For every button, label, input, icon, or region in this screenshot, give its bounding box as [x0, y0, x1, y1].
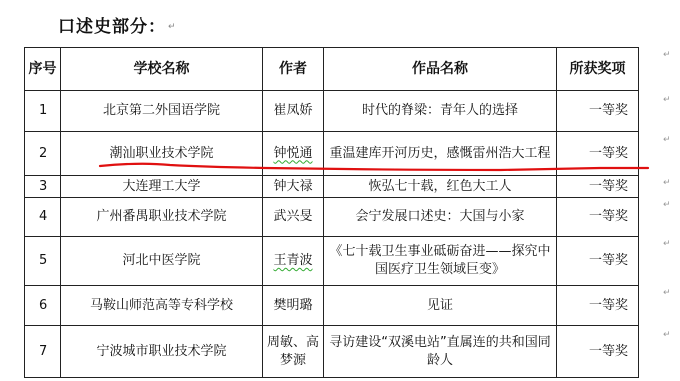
row-end-mark-icon: ↵: [663, 178, 671, 188]
row-end-mark-icon: ↵: [663, 135, 671, 145]
cell-award: 一等奖: [557, 198, 639, 237]
cell-no: 2: [25, 132, 61, 176]
cell-school: 大连理工大学: [61, 176, 263, 198]
cell-award: 一等奖: [557, 132, 639, 176]
cell-no: 6: [25, 286, 61, 326]
cell-author: 崔凤娇: [263, 91, 324, 132]
section-title-text: 口述史部分：: [58, 17, 166, 37]
table-row: 3 大连理工大学 钟大禄 恢弘七十载，红色大工人 一等奖: [25, 176, 639, 198]
cell-work: 恢弘七十载，红色大工人: [324, 176, 557, 198]
section-title: 口述史部分：↵: [58, 12, 177, 37]
table-row: 7 宁波城市职业技术学院 周敏、高梦源 寻访建设“双溪电站”直属连的共和国同龄人…: [25, 326, 639, 378]
cell-work: 重温建库开河历史，感慨雷州浩大工程: [324, 132, 557, 176]
cell-school: 河北中医学院: [61, 237, 263, 286]
header-no: 序号: [25, 48, 61, 91]
row-end-mark-icon: ↵: [663, 200, 671, 210]
row-end-mark-icon: ↵: [663, 239, 671, 249]
cell-no: 5: [25, 237, 61, 286]
table-row: 6 马鞍山师范高等专科学校 樊明璐 见证 一等奖: [25, 286, 639, 326]
cell-author: 武兴旻: [263, 198, 324, 237]
cell-award: 一等奖: [557, 286, 639, 326]
cell-author: 王青波: [263, 237, 324, 286]
cell-award: 一等奖: [557, 176, 639, 198]
header-award: 所获奖项: [557, 48, 639, 91]
spellcheck-underline: 钟悦通: [273, 146, 312, 161]
cell-award: 一等奖: [557, 91, 639, 132]
cell-work: 寻访建设“双溪电站”直属连的共和国同龄人: [324, 326, 557, 378]
cell-author: 周敏、高梦源: [263, 326, 324, 378]
table-row: 4 广州番禺职业技术学院 武兴旻 会宁发展口述史：大国与小家 一等奖: [25, 198, 639, 237]
cell-work: 《七十载卫生事业砥砺奋进——探究中国医疗卫生领域巨变》: [324, 237, 557, 286]
header-school-text: 学校名称: [134, 61, 190, 77]
table-row: 1 北京第二外国语学院 崔凤娇 时代的脊梁：青年人的选择 一等奖: [25, 91, 639, 132]
table-header-row: 序号 学校名称 作者 作品名称 所获奖项: [25, 48, 639, 91]
header-work: 作品名称: [324, 48, 557, 91]
header-author: 作者: [263, 48, 324, 91]
row-end-mark-icon: ↵: [663, 288, 671, 298]
cell-school: 北京第二外国语学院: [61, 91, 263, 132]
cell-school: 广州番禺职业技术学院: [61, 198, 263, 237]
cell-no: 1: [25, 91, 61, 132]
cell-award: 一等奖: [557, 326, 639, 378]
spellcheck-underline: 王青波: [273, 253, 312, 268]
row-end-mark-icon: ↵: [663, 95, 671, 105]
header-award-text: 所获奖项: [570, 61, 626, 77]
table-row: 5 河北中医学院 王青波 《七十载卫生事业砥砺奋进——探究中国医疗卫生领域巨变》…: [25, 237, 639, 286]
paragraph-mark-icon: ↵: [168, 22, 177, 32]
cell-author: 樊明璐: [263, 286, 324, 326]
cell-no: 4: [25, 198, 61, 237]
row-end-mark-icon: ↵: [663, 50, 671, 60]
header-author-text: 作者: [279, 61, 307, 77]
row-end-mark-icon: ↵: [663, 330, 671, 340]
cell-work: 见证: [324, 286, 557, 326]
header-work-text: 作品名称: [412, 61, 468, 77]
header-school: 学校名称: [61, 48, 263, 91]
cell-school: 宁波城市职业技术学院: [61, 326, 263, 378]
cell-work: 时代的脊梁：青年人的选择: [324, 91, 557, 132]
cell-school: 潮汕职业技术学院: [61, 132, 263, 176]
cell-author: 钟悦通: [263, 132, 324, 176]
cell-no: 7: [25, 326, 61, 378]
cell-author: 钟大禄: [263, 176, 324, 198]
cell-no: 3: [25, 176, 61, 198]
header-no-text: 序号: [29, 61, 57, 77]
cell-work: 会宁发展口述史：大国与小家: [324, 198, 557, 237]
awards-table: 序号 学校名称 作者 作品名称 所获奖项 1 北京第二外国语学院 崔凤娇 时代的…: [24, 47, 639, 378]
cell-award: 一等奖: [557, 237, 639, 286]
cell-school: 马鞍山师范高等专科学校: [61, 286, 263, 326]
table-row-highlighted: 2 潮汕职业技术学院 钟悦通 重温建库开河历史，感慨雷州浩大工程 一等奖: [25, 132, 639, 176]
